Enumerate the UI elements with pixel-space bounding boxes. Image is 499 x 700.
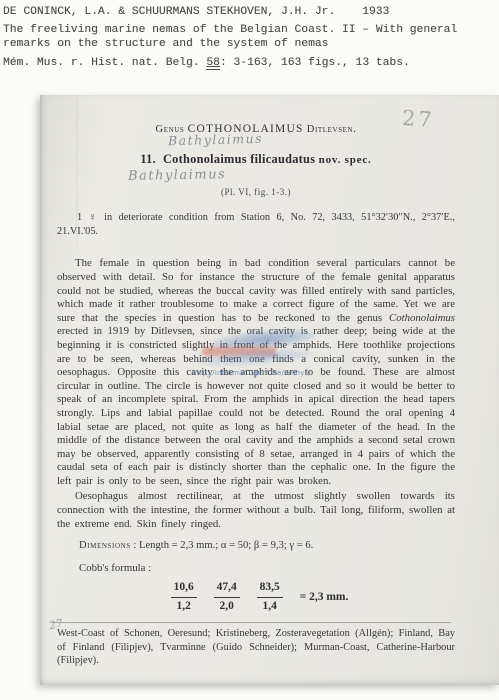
fraction-1-numerator: 10,6	[171, 581, 197, 598]
citation-line: DE CONINCK, L.A. & SCHUURMANS STEKHOVEN,…	[3, 5, 495, 20]
formula-fraction-1: 10,61,2	[171, 581, 197, 613]
page-number-annotation: 27	[402, 112, 436, 128]
citation-text: DE CONINCK, L.A. & SCHUURMANS STEKHOVEN,…	[3, 6, 335, 18]
formula-result: = 2,3 mm.	[300, 591, 349, 605]
document-root: DE CONINCK, L.A. & SCHUURMANS STEKHOVEN,…	[0, 0, 499, 700]
fraction-2-denominator: 2,0	[214, 598, 240, 614]
species-number: 11.	[140, 152, 156, 166]
genus-handwritten-annotation: Bathylaimus	[168, 132, 263, 148]
station-record: 1 ♀ in deteriorate condition from Statio…	[57, 211, 455, 239]
formula-fraction-2: 47,42,0	[214, 581, 240, 613]
title-line-2: remarks on the structure and the system …	[3, 37, 495, 52]
journal-line: Mém. Mus. r. Hist. nat. Belg. 58: 3-163,…	[3, 56, 495, 71]
fraction-2-numerator: 47,4	[214, 581, 240, 598]
formula-fraction-3: 83,51,4	[257, 581, 283, 613]
footnote-text: West-Coast of Schonen, Oeresund; Kristin…	[57, 628, 455, 667]
genus-author: Ditlevsen.	[307, 124, 357, 135]
paragraph1-text-post: erected in 1919 by Ditlevsen, since the …	[57, 325, 455, 487]
journal-pre: Mém. Mus. r. Hist. nat. Belg.	[3, 57, 206, 69]
species-suffix: nov. spec.	[319, 154, 372, 166]
dimensions-label: Dimensions	[79, 540, 131, 551]
cobbs-formula: 10,61,2 47,42,0 83,51,4 = 2,3 mm.	[57, 581, 455, 613]
figure-reference: (Pl. VI, fig. 1-3.)	[57, 186, 455, 200]
body-paragraph-2: Oesophagus almost rectilinear, at the ut…	[57, 490, 455, 531]
journal-post: : 3-163, 163 figs., 13 tabs.	[220, 57, 410, 69]
dimensions-values: : Length = 2,3 mm.; α = 50; β = 9,3; γ =…	[131, 540, 314, 551]
scanned-page: 27 Genus COTHONOLAIMUS Ditlevsen. Bathyl…	[40, 95, 499, 685]
footnote-handwritten-annotation: 27	[48, 616, 65, 633]
fraction-3-numerator: 83,5	[257, 581, 283, 598]
journal-volume: 58	[206, 57, 220, 70]
fraction-1-denominator: 1,2	[171, 598, 197, 614]
species-heading: 11.Cothonolaimus filicaudatus nov. spec.	[57, 153, 455, 168]
species-name: Cothonolaimus filicaudatus	[163, 152, 315, 166]
body-paragraph-1: The female in question being in bad cond…	[57, 257, 455, 488]
citation-year: 1933	[362, 6, 389, 18]
scan-crease	[76, 97, 77, 247]
cobbs-formula-label: Cobb's formula :	[57, 562, 455, 576]
species-handwritten-annotation: Bathylaimus	[128, 168, 226, 183]
footnote: 27 West-Coast of Schonen, Oeresund; Kris…	[57, 627, 455, 669]
title-line-1: The freeliving marine nemas of the Belgi…	[3, 23, 495, 38]
dimensions-line: Dimensions : Length = 2,3 mm.; α = 50; β…	[57, 539, 455, 553]
paragraph1-genus-italic: Cothonolaimus	[389, 312, 455, 324]
typed-header: DE CONINCK, L.A. & SCHUURMANS STEKHOVEN,…	[3, 5, 495, 70]
fraction-3-denominator: 1,4	[257, 598, 283, 614]
footnote-rule	[51, 622, 451, 623]
